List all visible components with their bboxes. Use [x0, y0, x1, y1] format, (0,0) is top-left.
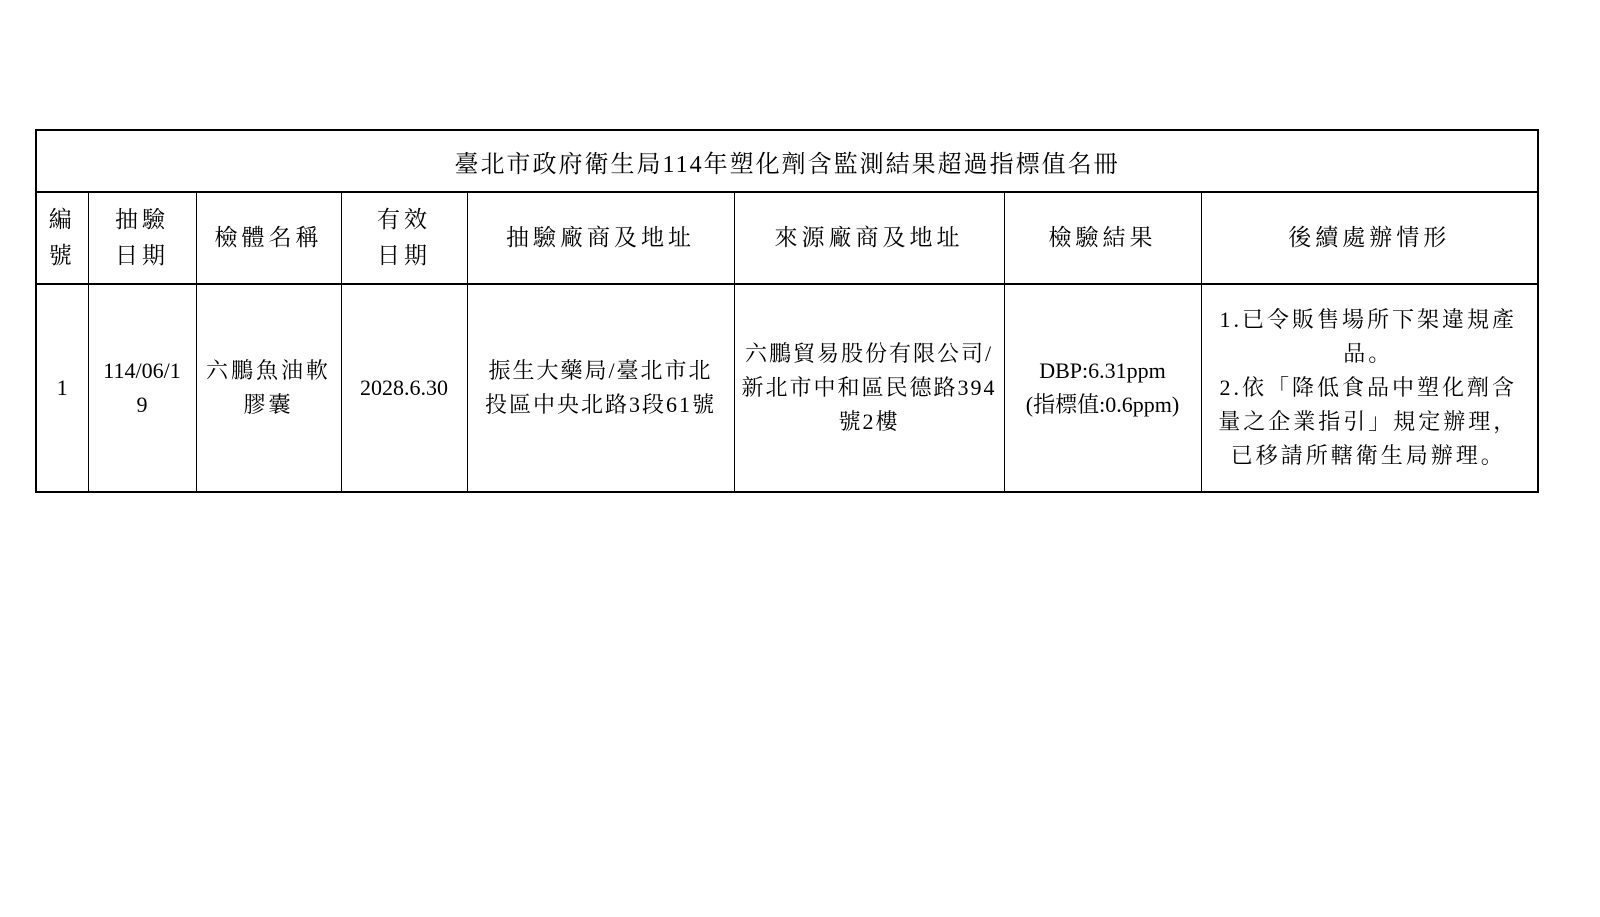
cell-no: 1 [36, 284, 88, 492]
cell-sample-date: 114/06/19 [88, 284, 196, 492]
cell-test-result: DBP:6.31ppm (指標值:0.6ppm) [1004, 284, 1201, 492]
header-follow-up: 後續處辦情形 [1201, 192, 1538, 284]
header-sample-date: 抽驗 日期 [88, 192, 196, 284]
cell-sample-name: 六鵬魚油軟膠囊 [196, 284, 341, 492]
cell-follow-up: 1.已令販售場所下架違規產品。 2.依「降低食品中塑化劑含量之企業指引」規定辦理… [1201, 284, 1538, 492]
cell-source-vendor: 六鵬貿易股份有限公司/新北市中和區民德路394號2樓 [734, 284, 1004, 492]
header-expiry-date: 有效 日期 [341, 192, 467, 284]
header-source-vendor: 來源廠商及地址 [734, 192, 1004, 284]
header-test-result: 檢驗結果 [1004, 192, 1201, 284]
header-sample-name: 檢體名稱 [196, 192, 341, 284]
table-row: 1 114/06/19 六鵬魚油軟膠囊 2028.6.30 振生大藥局/臺北市北… [36, 284, 1538, 492]
cell-expiry-date: 2028.6.30 [341, 284, 467, 492]
table-title-row: 臺北市政府衛生局114年塑化劑含監測結果超過指標值名冊 [36, 130, 1538, 192]
table-title: 臺北市政府衛生局114年塑化劑含監測結果超過指標值名冊 [36, 130, 1538, 192]
document-page: 臺北市政府衛生局114年塑化劑含監測結果超過指標值名冊 編 號 抽驗 日期 檢體… [0, 0, 1600, 917]
header-no: 編 號 [36, 192, 88, 284]
monitoring-result-table: 臺北市政府衛生局114年塑化劑含監測結果超過指標值名冊 編 號 抽驗 日期 檢體… [35, 129, 1539, 493]
cell-sampled-vendor: 振生大藥局/臺北市北投區中央北路3段61號 [467, 284, 734, 492]
header-sampled-vendor: 抽驗廠商及地址 [467, 192, 734, 284]
table-header-row: 編 號 抽驗 日期 檢體名稱 有效 日期 抽驗廠商及地址 來源廠商及地址 檢驗結… [36, 192, 1538, 284]
